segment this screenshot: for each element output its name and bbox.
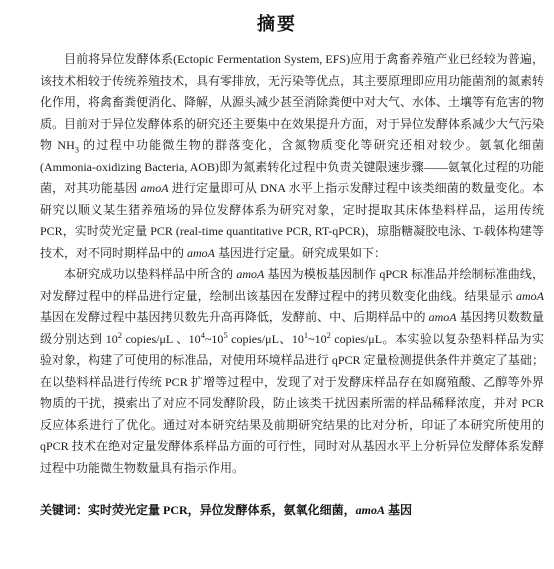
abstract-content: 目前将异位发酵体系(Ectopic Fermentation System, E… [40,49,544,522]
keywords-line: 关键词：实时荧光定量 PCR，异位发酵体系，氨氧化细菌，amoA 基因 [40,500,544,522]
abstract-paragraph-2: 本研究成功以垫料样品中所含的 amoA 基因为模板基因制作 qPCR 标准品并绘… [40,264,544,479]
abstract-paragraph-1: 目前将异位发酵体系(Ectopic Fermentation System, E… [40,49,544,264]
page-title: 摘要 [0,0,554,36]
abstract-page: 摘要 目前将异位发酵体系(Ectopic Fermentation System… [0,0,554,569]
